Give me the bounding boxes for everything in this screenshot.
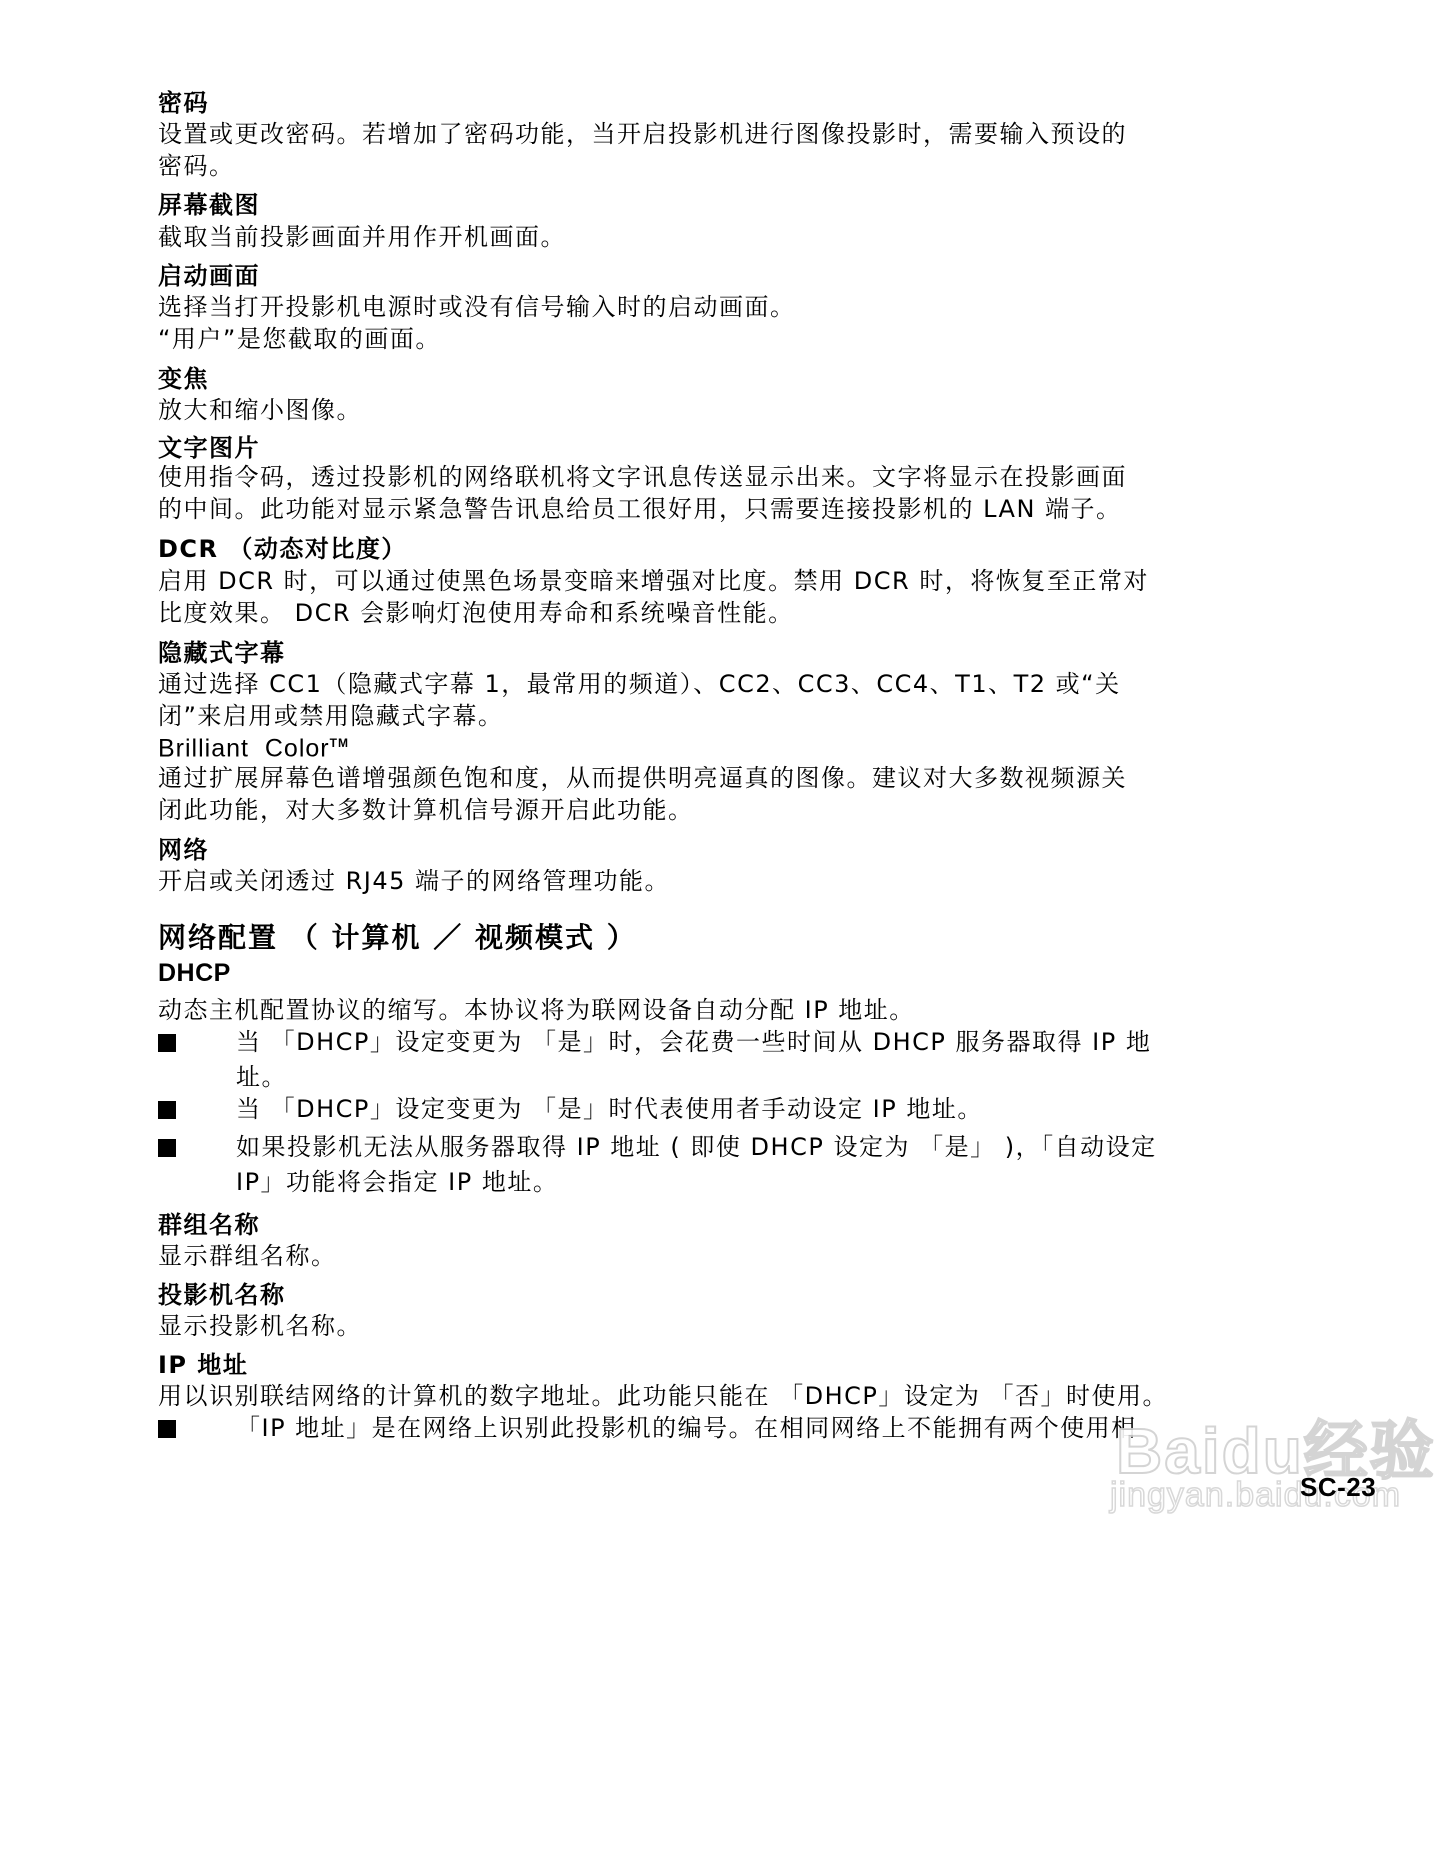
bullet-text: IP」功能将会指定 IP 地址。	[236, 1167, 558, 1197]
section-title-password: 密码	[158, 88, 209, 118]
section-text: 显示群组名称。	[158, 1241, 337, 1271]
section-title-screen-capture: 屏幕截图	[158, 190, 260, 220]
section-title-brilliant-color: Brilliant ColorTM	[158, 728, 349, 763]
watermark-brand: Baidu经验	[1116, 1400, 1436, 1492]
baidu-watermark: Baidu经验 jingyan.baidu.com	[1110, 1400, 1440, 1530]
manual-page: 密码 设置或更改密码。若增加了密码功能，当开启投影机进行图像投影时，需要输入预设…	[0, 0, 1440, 1872]
section-text: 用以识别联结网络的计算机的数字地址。此功能只能在 「DHCP」设定为 「否」时使…	[158, 1381, 1168, 1411]
section-text: 显示投影机名称。	[158, 1311, 362, 1341]
section-text: 设置或更改密码。若增加了密码功能，当开启投影机进行图像投影时，需要输入预设的	[158, 119, 1127, 149]
bullet-text: 如果投影机无法从服务器取得 IP 地址 ( 即使 DHCP 设定为 「是」 )，…	[236, 1132, 1157, 1162]
section-text: 动态主机配置协议的缩写。本协议将为联网设备自动分配 IP 地址。	[158, 995, 915, 1025]
section-text: 比度效果。 DCR 会影响灯泡使用寿命和系统噪音性能。	[158, 598, 794, 628]
section-title-startup-screen: 启动画面	[158, 261, 260, 291]
section-text: 通过扩展屏幕色谱增强颜色饱和度，从而提供明亮逼真的图像。建议对大多数视频源关	[158, 763, 1127, 793]
section-title-text-picture: 文字图片	[158, 433, 260, 463]
bullet-text: 址。	[236, 1062, 287, 1092]
bullet-square-icon	[158, 1101, 176, 1119]
section-text: 通过选择 CC1（隐藏式字幕 1，最常用的频道）、CC2、CC3、CC4、T1、…	[158, 669, 1121, 699]
bullet-text: 当 「DHCP」设定变更为 「是」时，会花费一些时间从 DHCP 服务器取得 I…	[236, 1027, 1151, 1057]
bullet-square-icon	[158, 1034, 176, 1052]
section-title-network: 网络	[158, 835, 209, 865]
section-text: 启用 DCR 时，可以通过使黑色场景变暗来增强对比度。禁用 DCR 时，将恢复至…	[158, 566, 1149, 596]
bullet-text: 当 「DHCP」设定变更为 「是」时代表使用者手动设定 IP 地址。	[236, 1094, 983, 1124]
bullet-text: 「IP 地址」是在网络上识别此投影机的编号。在相同网络上不能拥有两个使用相	[236, 1413, 1137, 1443]
section-heading-network-config: 网络配置 （ 计算机 ／ 视频模式 ）	[158, 921, 637, 955]
page-number: SC-23	[1300, 1472, 1376, 1503]
section-title-ip-address: IP 地址	[158, 1350, 248, 1380]
section-text: 使用指令码，透过投影机的网络联机将文字讯息传送显示出来。文字将显示在投影画面	[158, 462, 1127, 492]
section-title-closed-caption: 隐藏式字幕	[158, 638, 286, 668]
section-text: 放大和缩小图像。	[158, 395, 362, 425]
bullet-square-icon	[158, 1139, 176, 1157]
section-text: 闭此功能，对大多数计算机信号源开启此功能。	[158, 795, 694, 825]
section-text: 密码。	[158, 151, 235, 181]
bullet-square-icon	[158, 1420, 176, 1438]
section-text: “用户”是您截取的画面。	[158, 324, 441, 354]
section-text: 闭”来启用或禁用隐藏式字幕。	[158, 701, 503, 731]
section-text: 开启或关闭透过 RJ45 端子的网络管理功能。	[158, 866, 670, 896]
section-title-group-name: 群组名称	[158, 1210, 260, 1240]
section-title-dhcp: DHCP	[158, 958, 231, 988]
section-title-projector-name: 投影机名称	[158, 1280, 286, 1310]
section-text: 选择当打开投影机电源时或没有信号输入时的启动画面。	[158, 292, 796, 322]
brilliant-color-label: Brilliant Color	[158, 734, 330, 762]
trademark-mark: TM	[330, 736, 349, 750]
section-text: 的中间。此功能对显示紧急警告讯息给员工很好用，只需要连接投影机的 LAN 端子。	[158, 494, 1122, 524]
section-title-zoom: 变焦	[158, 364, 209, 394]
section-text: 截取当前投影画面并用作开机画面。	[158, 222, 566, 252]
section-title-dcr: DCR （动态对比度）	[158, 534, 407, 564]
